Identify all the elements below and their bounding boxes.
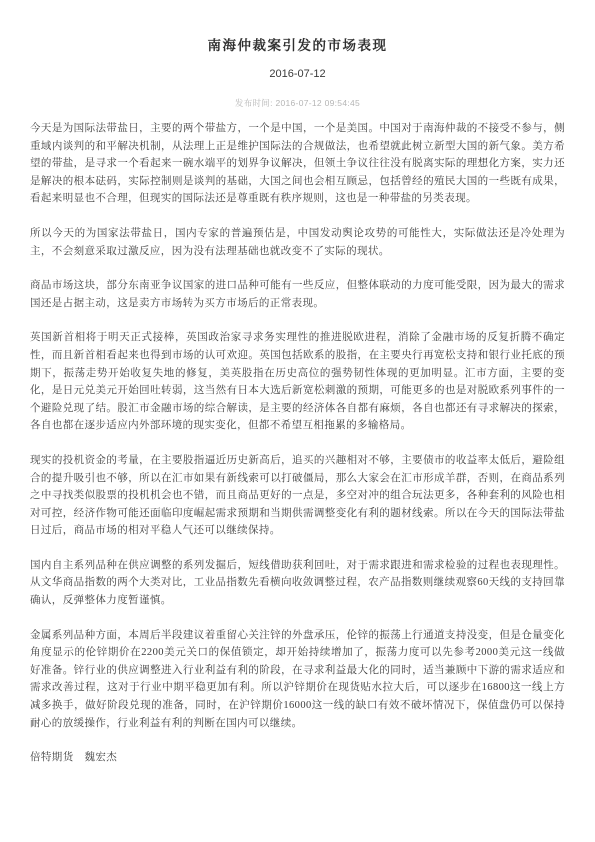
publish-meta-value: 2016-07-12 09:54:45 bbox=[275, 98, 360, 108]
article-paragraph-6: 国内自主系列品种在供应调整的系列发掘后，短线借助获利回吐，对于需求跟进和需求检验… bbox=[30, 557, 565, 610]
article-paragraph-5: 现实的投机资金的考量，在主要股指逼近历史新高后，追买的兴趣相对不够，主要债市的收… bbox=[30, 452, 565, 540]
article-paragraph-4: 英国新首相将于明天正式接棒，英国政治家寻求务实理性的推进脱欧进程，消除了金融市场… bbox=[30, 329, 565, 435]
publish-meta-label: 发布时间: bbox=[235, 98, 273, 108]
article-paragraph-7: 金属系列品种方面，本周后半段建议着重留心关注锌的外盘承压，伦锌的振荡上行通道支持… bbox=[30, 627, 565, 733]
article-paragraph-1: 今天是为国际法带盐日，主要的两个带盐方，一个是中国，一个是美国。中国对于南海仲裁… bbox=[30, 120, 565, 208]
page-title: 南海仲裁案引发的市场表现 bbox=[30, 34, 565, 54]
article-paragraph-2: 所以今天的为国家法带盐日，国内专家的普遍预估是，中国发动舆论攻势的可能性大，实际… bbox=[30, 225, 565, 260]
article-date: 2016-07-12 bbox=[30, 68, 565, 80]
author-signature: 倍特期货 魏宏杰 bbox=[30, 749, 565, 767]
article-body: 今天是为国际法带盐日，主要的两个带盐方，一个是中国，一个是美国。中国对于南海仲裁… bbox=[30, 120, 565, 732]
article-paragraph-3: 商品市场这块，部分东南亚争议国家的进口品种可能有一些反应，但整体联动的力度可能受… bbox=[30, 277, 565, 312]
document-page: 南海仲裁案引发的市场表现 2016-07-12 发布时间: 2016-07-12… bbox=[0, 0, 595, 842]
publish-meta: 发布时间: 2016-07-12 09:54:45 bbox=[30, 97, 565, 109]
